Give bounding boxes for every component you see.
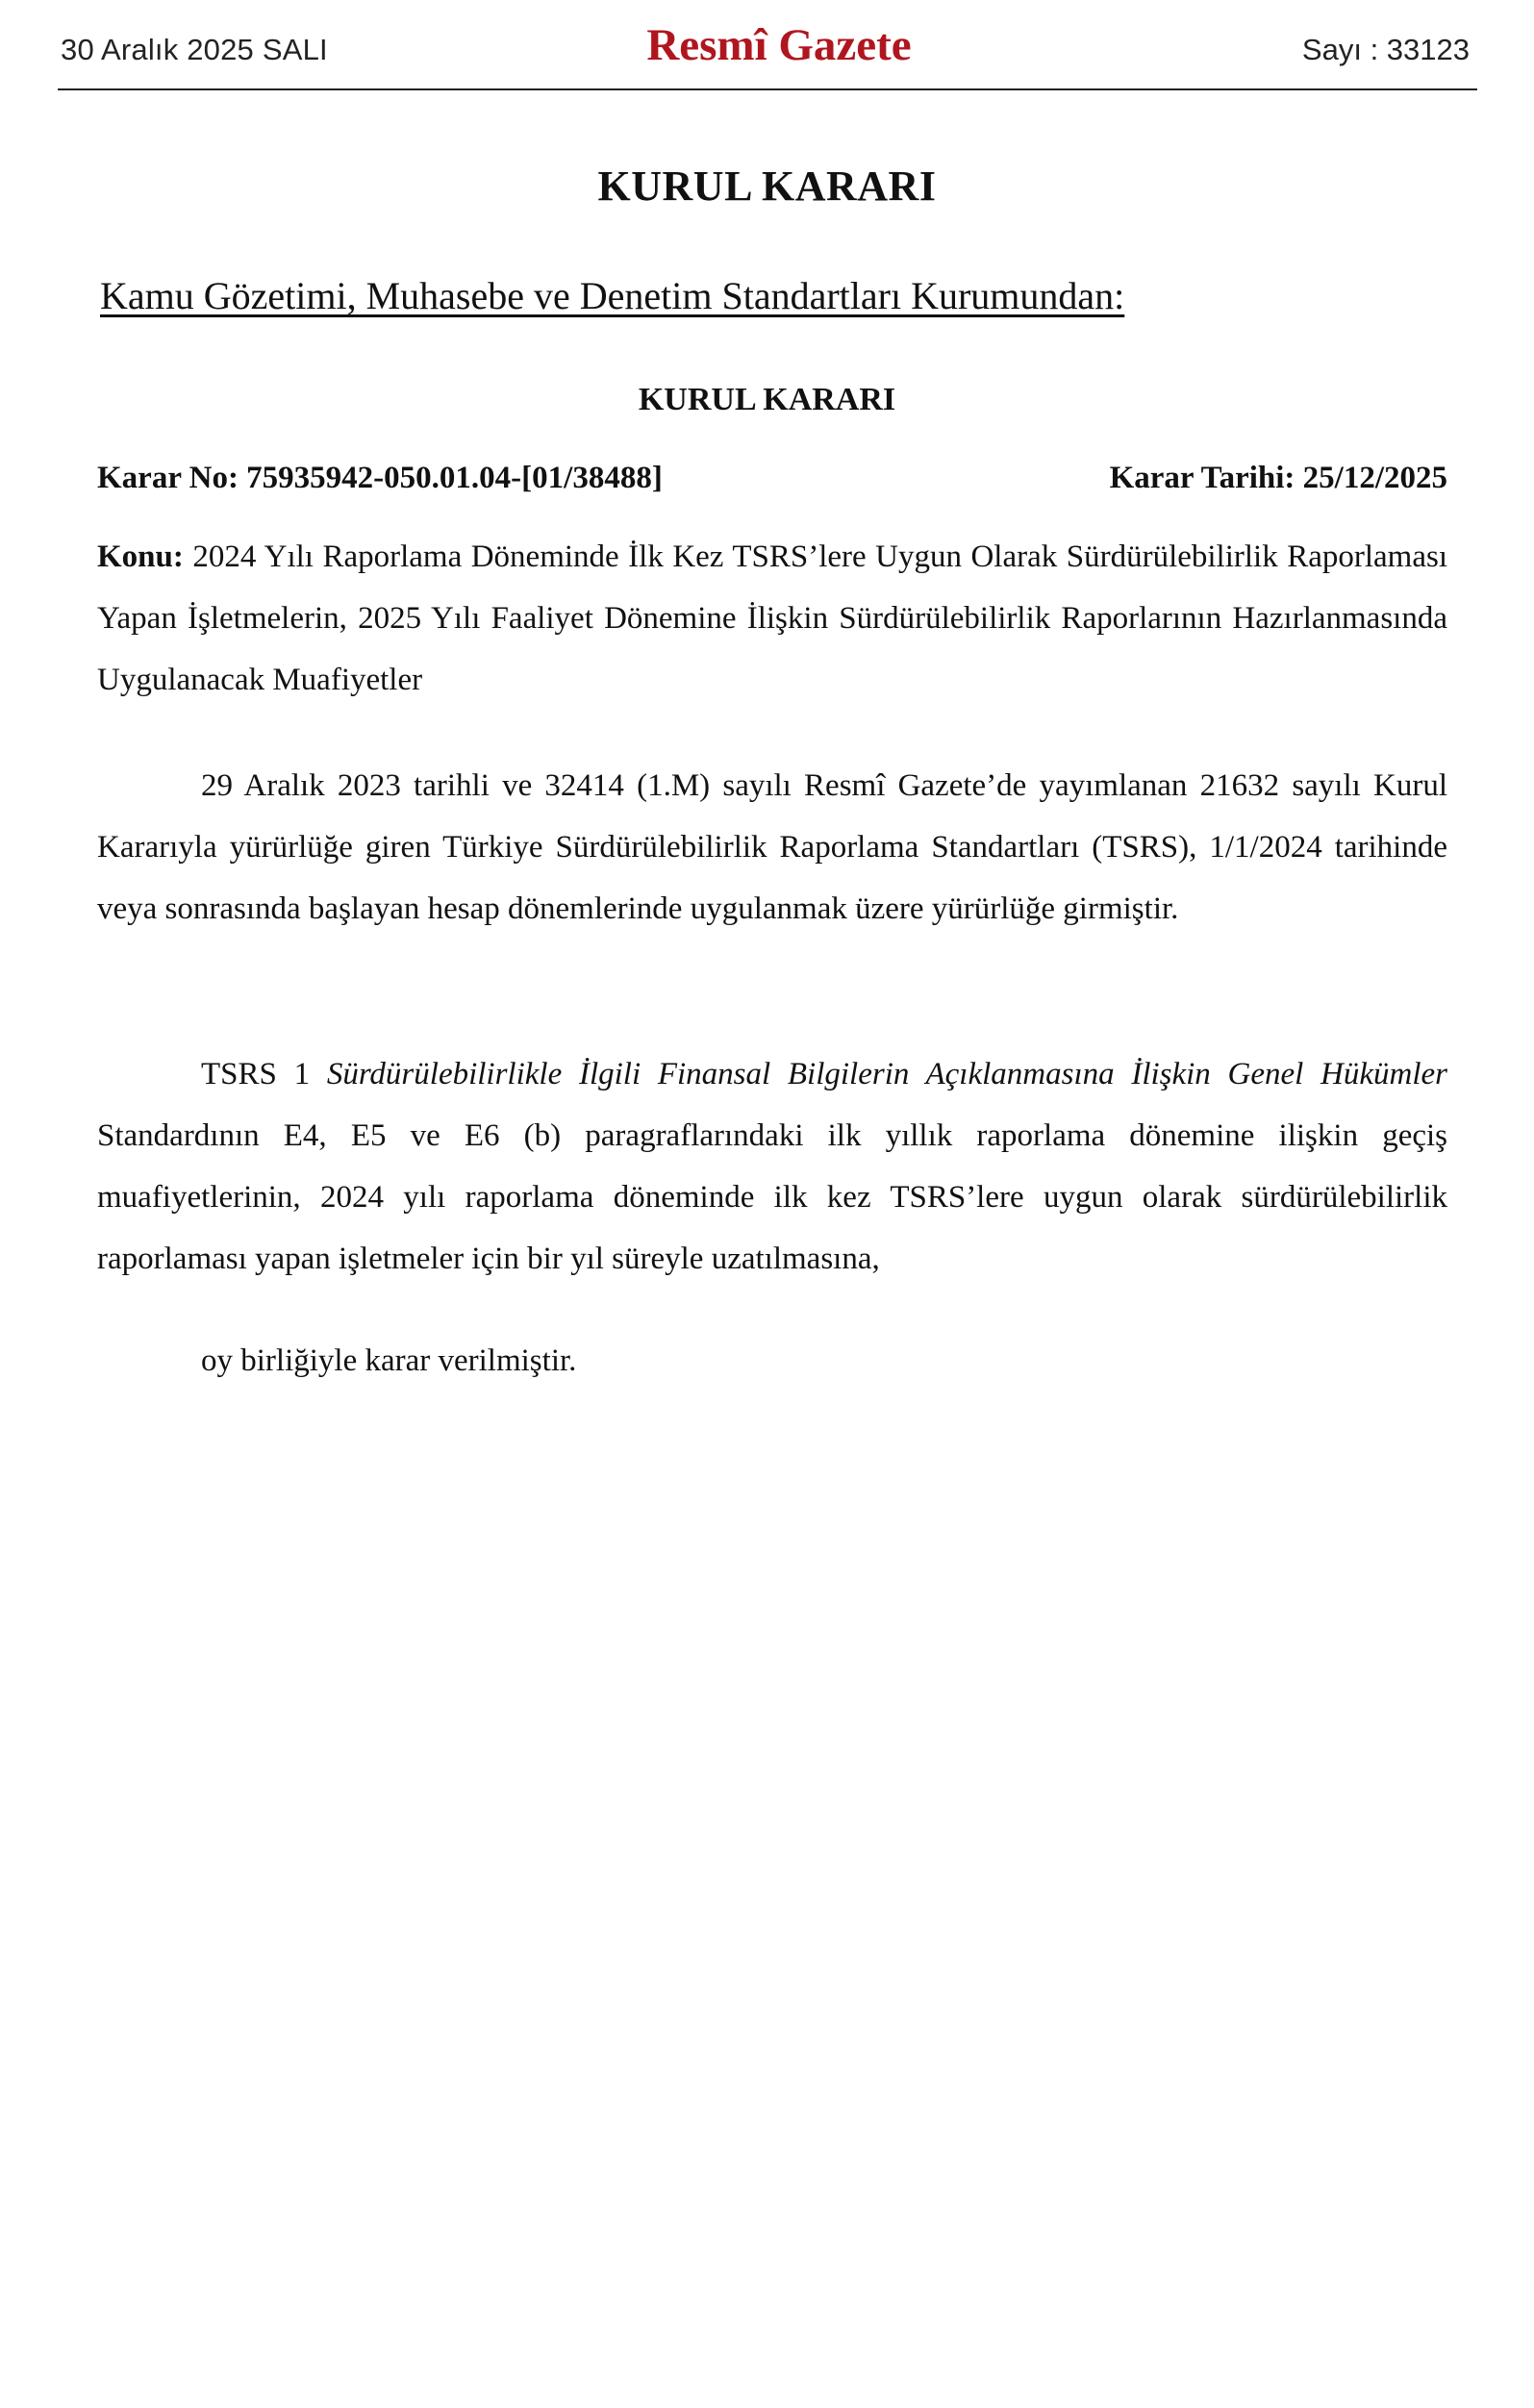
paragraph-1: 29 Aralık 2023 tarihli ve 32414 (1.M) sa… bbox=[97, 755, 1447, 940]
gazette-title: Resmî Gazete bbox=[625, 19, 933, 71]
subject-text: 2024 Yılı Raporlama Döneminde İlk Kez TS… bbox=[97, 539, 1447, 697]
paragraph-2: TSRS 1 Sürdürülebilirlikle İlgili Finans… bbox=[97, 1043, 1447, 1290]
paragraph-2-lead: TSRS 1 bbox=[201, 1057, 327, 1091]
standard-title: Sürdürülebilirlikle İlgili Finansal Bilg… bbox=[327, 1057, 1447, 1091]
gazette-header: 30 Aralık 2025 SALI Resmî Gazete Sayı : … bbox=[58, 0, 1477, 90]
issue-date: 30 Aralık 2025 SALI bbox=[61, 33, 328, 67]
paragraph-2-rest: Standardının E4, E5 ve E6 (b) paragrafla… bbox=[97, 1118, 1447, 1276]
issue-number: Sayı : 33123 bbox=[1302, 33, 1470, 67]
decision-meta: Karar No: 75935942-050.01.04-[01/38488] … bbox=[97, 461, 1447, 503]
subject-label: Konu: bbox=[97, 539, 184, 574]
decision-heading: KURUL KARARI bbox=[0, 382, 1534, 418]
decision-date: Karar Tarihi: 25/12/2025 bbox=[1110, 461, 1447, 496]
decision-number: Karar No: 75935942-050.01.04-[01/38488] bbox=[97, 461, 663, 496]
institution-heading: Kamu Gözetimi, Muhasebe ve Denetim Stand… bbox=[100, 273, 1124, 318]
closing-statement: oy birliğiyle karar verilmiştir. bbox=[97, 1330, 1447, 1392]
subject-paragraph: Konu: 2024 Yılı Raporlama Döneminde İlk … bbox=[97, 526, 1447, 711]
main-heading: KURUL KARARI bbox=[0, 162, 1534, 211]
